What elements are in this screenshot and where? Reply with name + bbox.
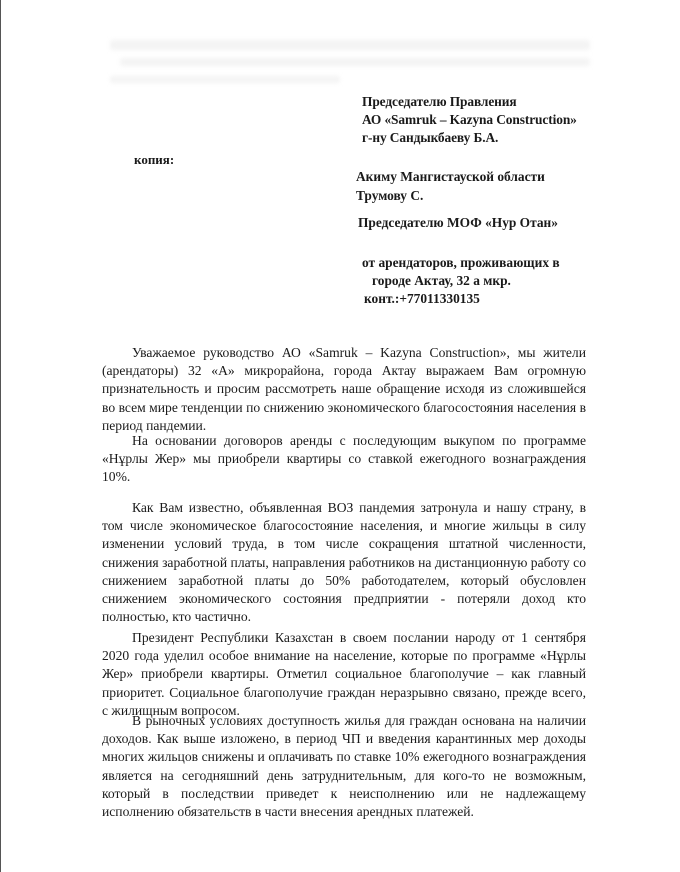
addressee-block: Председателю Правления АО «Samruk – Kazy…	[362, 93, 577, 147]
body-paragraph-4: Президент Республики Казахстан в своем п…	[102, 629, 586, 720]
paragraph-text: На основании договоров аренды с последую…	[102, 432, 586, 487]
addressee-line: г-ну Сандыкбаеву Б.А.	[362, 129, 577, 147]
recipient-line: Акиму Мангистауской области	[356, 167, 545, 186]
body-paragraph-5: В рыночных условиях доступность жилья дл…	[102, 712, 586, 821]
copy-label: копия:	[134, 152, 174, 168]
paragraph-text: В рыночных условиях доступность жилья дл…	[102, 712, 586, 821]
body-paragraph-2: На основании договоров аренды с последую…	[102, 432, 586, 487]
bleed-through-shadow	[110, 76, 340, 83]
sender-line: городе Актау, 32 а мкр.	[362, 272, 560, 290]
paragraph-text: Уважаемое руководство АО «Samruk – Kazyn…	[102, 344, 586, 435]
body-paragraph-3: Как Вам известно, объявленная ВОЗ пандем…	[102, 499, 586, 626]
copy-recipient-nur-otan: Председателю МОФ «Нур Отан»	[358, 215, 558, 231]
body-paragraph-1: Уважаемое руководство АО «Samruk – Kazyn…	[102, 344, 586, 435]
addressee-line: Председателю Правления	[362, 93, 577, 111]
addressee-line: АО «Samruk – Kazyna Construction»	[362, 111, 577, 129]
recipient-line: Трумову С.	[356, 186, 545, 205]
bleed-through-shadow	[110, 40, 590, 50]
sender-contact: конт.:+77011330135	[362, 290, 560, 308]
sender-line: от арендаторов, проживающих в	[362, 254, 560, 272]
bleed-through-shadow	[120, 58, 590, 66]
sender-block: от арендаторов, проживающих в городе Акт…	[362, 254, 560, 308]
letter-page: Председателю Правления АО «Samruk – Kazy…	[0, 0, 680, 872]
copy-recipient-akim: Акиму Мангистауской области Трумову С.	[356, 167, 545, 205]
paragraph-text: Президент Республики Казахстан в своем п…	[102, 629, 586, 720]
paragraph-text: Как Вам известно, объявленная ВОЗ пандем…	[102, 499, 586, 626]
